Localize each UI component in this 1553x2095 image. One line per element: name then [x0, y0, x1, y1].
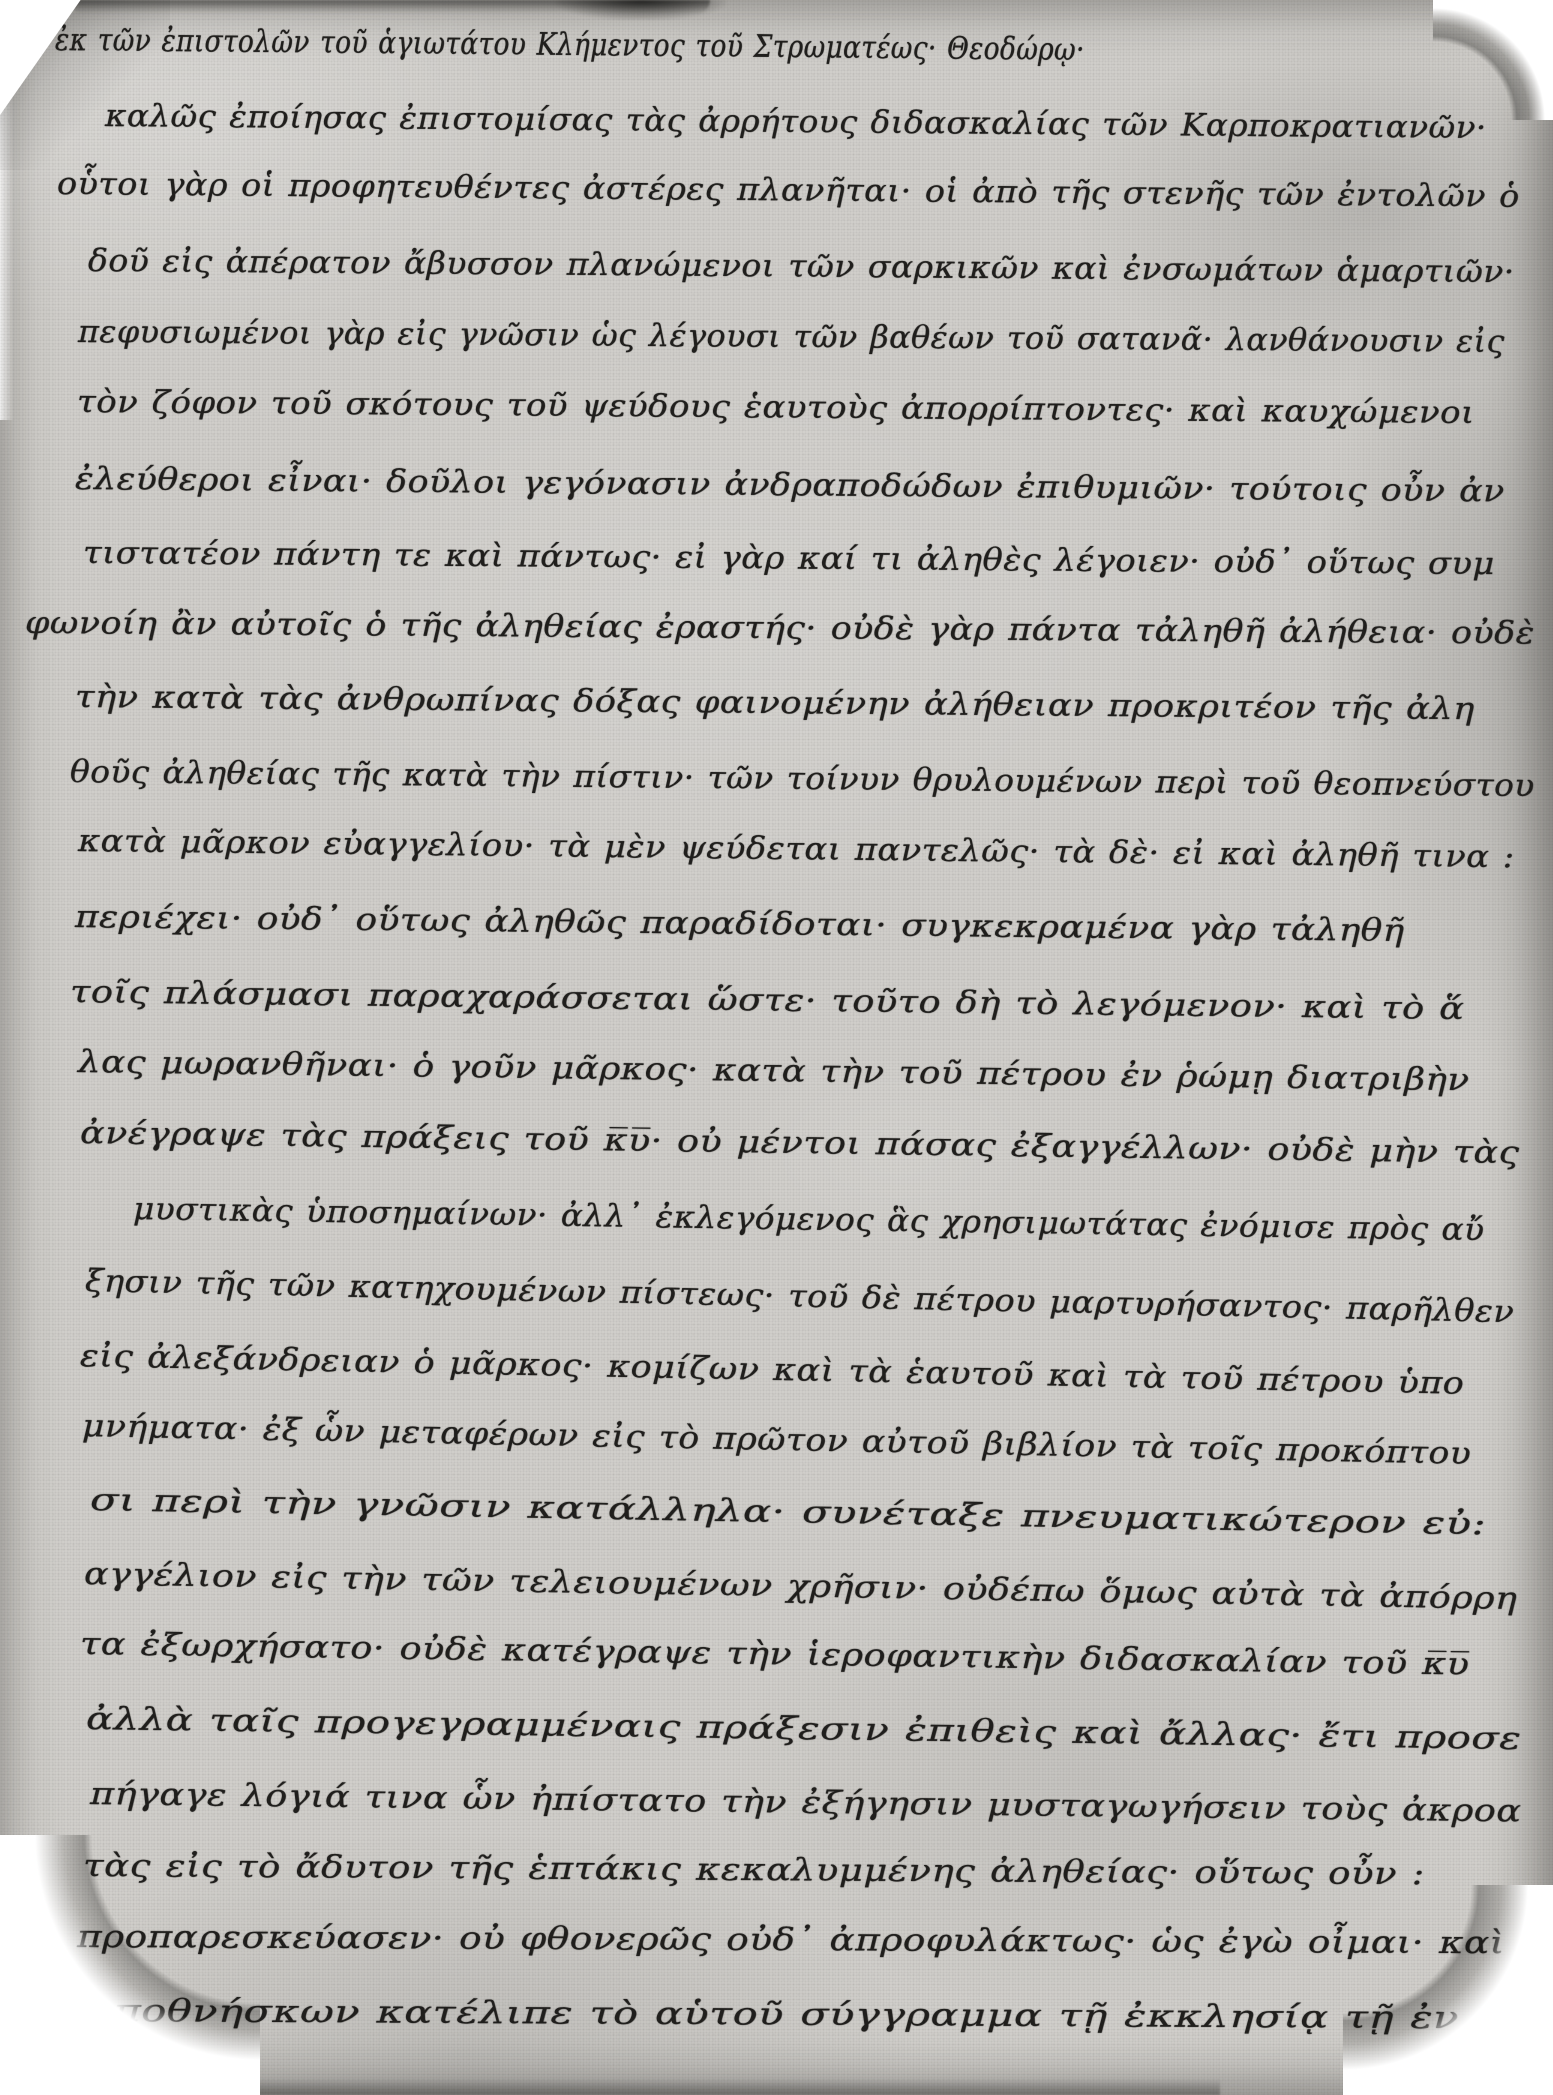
manuscript-line: τὸν ζόφον τοῦ σκότους τοῦ ψεύδους ἑαυτοὺ…	[77, 384, 1354, 430]
manuscript-line: κατὰ μᾶρκον εὐαγγελίου· τὰ μὲν ψεύδεται …	[78, 823, 1395, 874]
manuscript-line: τὴν κατὰ τὰς ἀνθρωπίνας δόξας φαινομένην…	[75, 679, 1306, 726]
bottom-edge-shadow	[220, 2079, 1220, 2095]
manuscript-line: ἀλλὰ ταῖς προγεγραμμέναις πράξεσιν ἐπιθε…	[86, 1701, 1194, 1752]
manuscript-line: ξησιν τῆς τῶν κατηχουμένων πίστεως· τοῦ …	[85, 1263, 1404, 1328]
manuscript-line: τα ἐξωρχήσατο· οὐδὲ κατέγραψε τὴν ἱεροφα…	[80, 1626, 1255, 1679]
page-corner-bottom-left	[0, 1835, 260, 2095]
manuscript-line: καλῶς ἐποίησας ἐπιστομίσας τὰς ἀρρήτους …	[105, 98, 1415, 145]
page-corner-top-right	[1433, 0, 1553, 120]
manuscript-line: σι περὶ τὴν γνῶσιν κατάλληλα· συνέταξε π…	[90, 1482, 1128, 1536]
manuscript-line: ἐκ τῶν ἐπιστολῶν τοῦ ἁγιωτάτου Κλήμεντος…	[55, 22, 1261, 70]
manuscript-line: λας μωρανθῆναι· ὁ γοῦν μᾶρκος· κατὰ τὴν …	[78, 1044, 1286, 1096]
manuscript-line: εἰς ἀλεξάνδρειαν ὁ μᾶρκος· κομίζων καὶ τ…	[80, 1338, 1309, 1399]
manuscript-line: πεφυσιωμένοι γὰρ εἰς γνῶσιν ὡς λέγουσι τ…	[78, 314, 1467, 360]
manuscript-line: μυστικὰς ὑποσημαίνων· ἀλλ᾽ ἐκλεγόμενος ἃ…	[133, 1191, 1411, 1247]
page-corner-bottom-right	[1343, 1885, 1553, 2095]
manuscript-line: περιέχει· οὐδ᾽ οὕτως ἀληθῶς παραδίδοται·…	[75, 899, 1226, 947]
manuscript-line: θοῦς ἀληθείας τῆς κατὰ τὴν πίστιν· τῶν τ…	[70, 754, 1454, 803]
manuscript-line: δοῦ εἰς ἀπέρατον ἄβυσσον πλανώμενοι τῶν …	[88, 243, 1427, 290]
manuscript-line: πήγαγε λόγιά τινα ὧν ἠπίστατο τὴν ἐξήγησ…	[90, 1776, 1302, 1827]
manuscript-photograph: 7 ἐκ τῶν ἐπιστολῶν τοῦ ἁγιωτάτου Κλήμεντ…	[0, 0, 1553, 2095]
ink-smudge-top	[556, 0, 726, 20]
manuscript-line: ἐλεύθεροι εἶναι· δοῦλοι γεγόνασιν ἀνδραπ…	[75, 461, 1349, 508]
manuscript-line: ἀνέγραψε τὰς πράξεις τοῦ κ̅υ̅· οὐ μέντοι…	[80, 1115, 1305, 1168]
manuscript-line: αγγέλιον εἰς τὴν τῶν τελειουμένων χρῆσιν…	[84, 1556, 1304, 1613]
manuscript-line: τιστατέον πάντη τε καὶ πάντως· εἰ γὰρ κα…	[83, 535, 1381, 581]
manuscript-line: φωνοίη ἂν αὐτοῖς ὁ τῆς ἀληθείας ἐραστής·…	[25, 605, 1367, 650]
manuscript-page: 7 ἐκ τῶν ἐπιστολῶν τοῦ ἁγιωτάτου Κλήμεντ…	[0, 0, 1553, 2095]
manuscript-line: οὗτοι γὰρ οἱ προφητευθέντες ἀστέρες πλαν…	[57, 166, 1415, 214]
manuscript-line: τοῖς πλάσμασι παραχαράσσεται ὥστε· τοῦτο…	[70, 974, 1246, 1024]
manuscript-line: μνήματα· ἐξ ὧν μεταφέρων εἰς τὸ πρῶτον α…	[82, 1408, 1328, 1469]
